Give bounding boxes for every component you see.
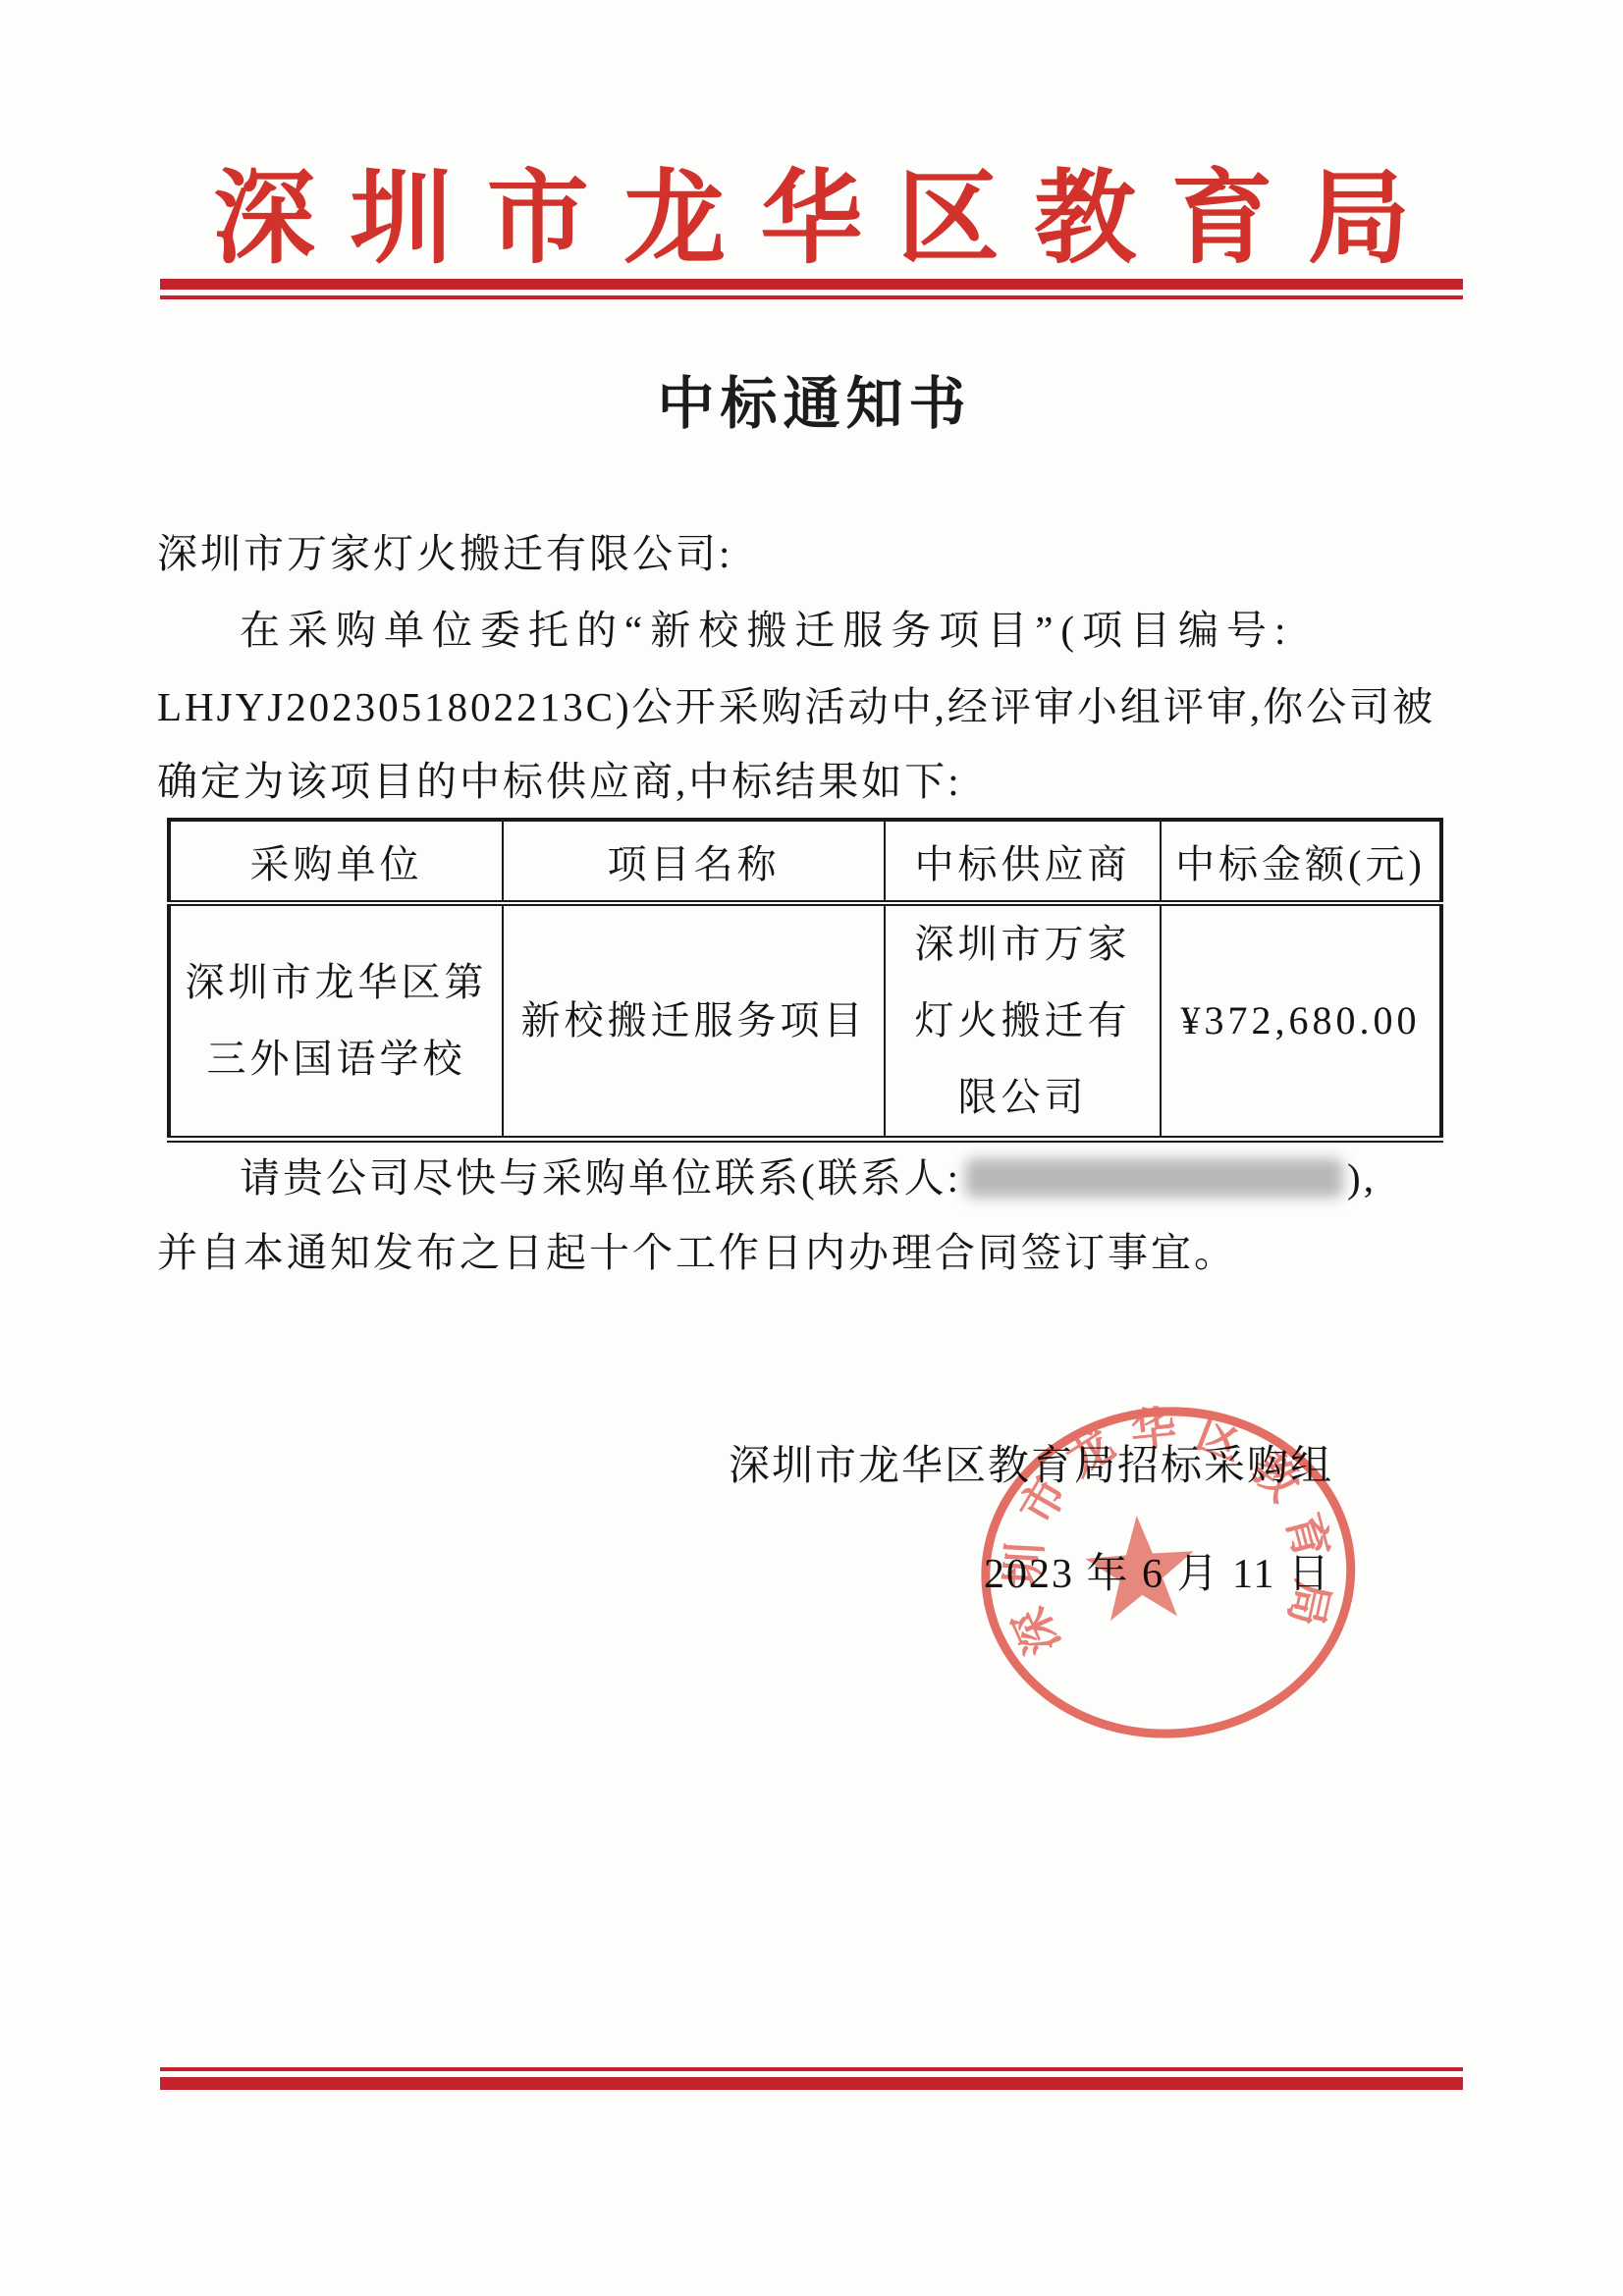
cell-project: 新校搬迁服务项目	[503, 903, 885, 1140]
header-amount: 中标金额(元)	[1161, 820, 1441, 903]
paragraph2-line1: 请贵公司尽快与采购单位联系(联系人:),	[157, 1154, 1377, 1202]
paragraph1-line1: 在采购单位委托的“新校搬迁服务项目”(项目编号:	[157, 607, 1293, 655]
cell-amount: ¥372,680.00	[1161, 903, 1441, 1140]
contact-text-prefix: 请贵公司尽快与采购单位联系(联系人:	[240, 1155, 961, 1201]
issue-date: 2023 年 6 月 11 日	[984, 1541, 1331, 1600]
letterhead-rule-thick	[160, 279, 1463, 290]
salutation-line: 深圳市万家灯火搬迁有限公司:	[157, 530, 732, 578]
paragraph1-line2: LHJYJ2023051802213C)公开采购活动中,经评审小组评审,你公司被	[157, 683, 1435, 731]
paragraph2-line2: 并自本通知发布之日起十个工作日内办理合同签订事宜。	[157, 1229, 1237, 1277]
footer-rule-thick	[160, 2077, 1463, 2090]
bid-result-table: 采购单位 项目名称 中标供应商 中标金额(元) 深圳市龙华区第三外国语学校 新校…	[167, 818, 1443, 1143]
table-row: 深圳市龙华区第三外国语学校 新校搬迁服务项目 深圳市万家灯火搬迁有限公司 ¥37…	[169, 903, 1441, 1140]
cell-purchaser: 深圳市龙华区第三外国语学校	[169, 903, 503, 1140]
notice-document-page: 深圳市龙华区教育局 中标通知书 深圳市万家灯火搬迁有限公司: 在采购单位委托的“…	[0, 0, 1623, 2296]
redacted-contact-info	[965, 1158, 1343, 1198]
header-supplier: 中标供应商	[885, 820, 1161, 903]
issuer-signature: 深圳市龙华区教育局招标采购组	[729, 1433, 1333, 1492]
agency-letterhead: 深圳市龙华区教育局	[0, 135, 1623, 283]
document-title: 中标通知书	[0, 357, 1623, 440]
header-project: 项目名称	[503, 820, 885, 903]
cell-supplier: 深圳市万家灯火搬迁有限公司	[885, 903, 1161, 1140]
letterhead-rule-thin	[160, 295, 1463, 299]
table-header-row: 采购单位 项目名称 中标供应商 中标金额(元)	[169, 820, 1441, 903]
contact-text-suffix: ),	[1347, 1155, 1377, 1201]
header-purchaser: 采购单位	[169, 820, 503, 903]
paragraph1-line3: 确定为该项目的中标供应商,中标结果如下:	[157, 758, 962, 806]
footer-rule-thin	[160, 2067, 1463, 2071]
